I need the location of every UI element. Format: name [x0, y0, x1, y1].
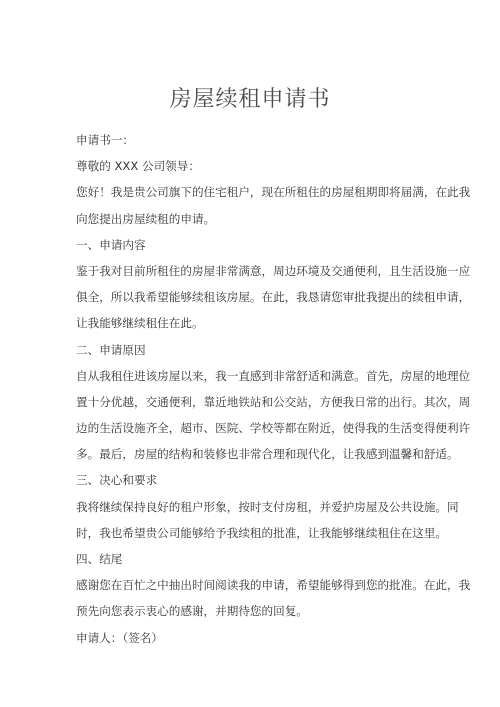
- commitment-paragraph-line: 时，我也希望贵公司能够给予我续租的批准，让我能够继续租住在这里。: [76, 520, 436, 546]
- section-heading-content: 一、申请内容: [76, 232, 436, 258]
- intro-paragraph-line: 您好！我是贵公司旗下的住宅租户，现在所租住的房屋租期即将届满，在此我: [76, 179, 436, 205]
- reasons-paragraph-line: 置十分优越，交通便利，靠近地铁站和公交站，方便我日常的出行。其次，周: [76, 389, 436, 415]
- signature-line: 申请人：（签名）: [76, 625, 436, 651]
- section-heading-closing: 四、结尾: [76, 546, 436, 572]
- closing-paragraph-line: 预先向您表示衷心的感谢，并期待您的回复。: [76, 598, 436, 624]
- recipient-line: 尊敬的 XXX 公司领导：: [76, 153, 436, 179]
- section-heading-reasons: 二、申请原因: [76, 337, 436, 363]
- reasons-paragraph-line: 边的生活设施齐全，超市、医院、学校等都在附近，使得我的生活变得便利许: [76, 415, 436, 441]
- reasons-paragraph-line: 自从我租住进该房屋以来，我一直感到非常舒适和满意。首先，房屋的地理位: [76, 363, 436, 389]
- document-body: 申请书一： 尊敬的 XXX 公司领导： 您好！我是贵公司旗下的住宅租户，现在所租…: [76, 127, 436, 651]
- salutation-heading: 申请书一：: [76, 127, 436, 153]
- closing-paragraph-line: 感谢您在百忙之中抽出时间阅读我的申请，希望能够得到您的批准。在此，我: [76, 572, 436, 598]
- content-paragraph-line: 鉴于我对目前所租住的房屋非常满意，周边环境及交通便利，且生活设施一应: [76, 258, 436, 284]
- intro-paragraph-line: 向您提出房屋续租的申请。: [76, 206, 436, 232]
- content-paragraph-line: 让我能够继续租住在此。: [76, 310, 436, 336]
- content-paragraph-line: 俱全，所以我希望能够续租该房屋。在此，我恳请您审批我提出的续租申请，: [76, 284, 436, 310]
- reasons-paragraph-line: 多。最后，房屋的结构和装修也非常合理和现代化，让我感到温馨和舒适。: [76, 441, 436, 467]
- section-heading-commitment: 三、决心和要求: [76, 467, 436, 493]
- document-title: 房屋续租申请书: [0, 82, 500, 113]
- commitment-paragraph-line: 我将继续保持良好的租户形象，按时支付房租，并爱护房屋及公共设施。同: [76, 494, 436, 520]
- document-page: 房屋续租申请书 申请书一： 尊敬的 XXX 公司领导： 您好！我是贵公司旗下的住…: [0, 0, 500, 707]
